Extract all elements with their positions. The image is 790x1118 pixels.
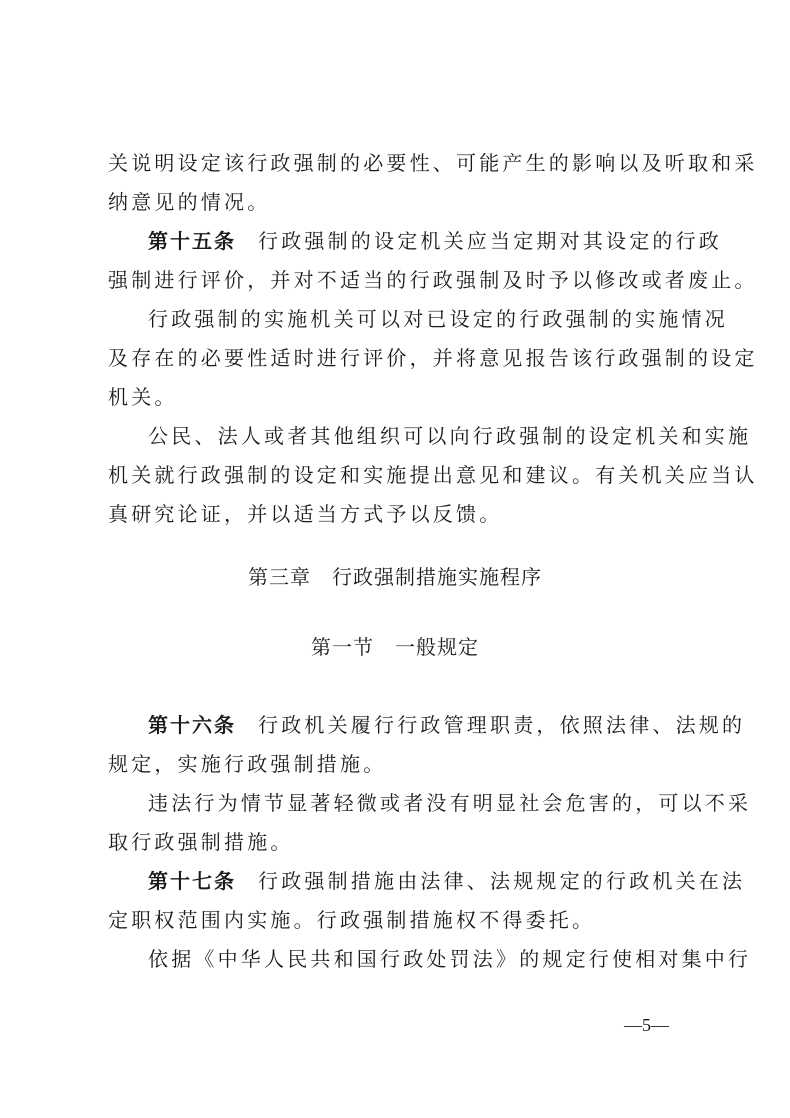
article-16: 第十六条行政机关履行行政管理职责，依照法律、法规的: [148, 712, 708, 738]
text-line: 机关。: [108, 384, 708, 410]
text-line: 机关就行政强制的设定和实施提出意见和建议。有关机关应当认: [108, 462, 708, 488]
text-line: 纳意见的情况。: [108, 189, 708, 215]
text-line: 取行政强制措施。: [108, 829, 708, 855]
chapter-title: 第三章 行政强制措施实施程序: [0, 564, 790, 590]
page-number: —5—: [624, 1015, 669, 1036]
document-page: 关说明设定该行政强制的必要性、可能产生的影响以及听取和采 纳意见的情况。 第十五…: [0, 0, 790, 1118]
text-line: 及存在的必要性适时进行评价，并将意见报告该行政强制的设定: [108, 345, 708, 371]
article-17: 第十七条行政强制措施由法律、法规规定的行政机关在法: [148, 868, 708, 894]
article-label: 第十七条: [148, 869, 236, 893]
text-line: 强制进行评价，并对不适当的行政强制及时予以修改或者废止。: [108, 267, 708, 293]
article-15: 第十五条行政强制的设定机关应当定期对其设定的行政: [148, 228, 708, 254]
article-label: 第十六条: [148, 713, 236, 737]
text-line: 公民、法人或者其他组织可以向行政强制的设定机关和实施: [148, 423, 708, 449]
article-text: 行政强制的设定机关应当定期对其设定的行政: [258, 229, 722, 253]
text-line: 依据《中华人民共和国行政处罚法》的规定行使相对集中行: [148, 946, 708, 972]
text-line: 违法行为情节显著轻微或者没有明显社会危害的，可以不采: [148, 790, 708, 816]
text-line: 真研究论证，并以适当方式予以反馈。: [108, 501, 708, 527]
article-label: 第十五条: [148, 229, 236, 253]
text-line: 关说明设定该行政强制的必要性、可能产生的影响以及听取和采: [108, 150, 708, 176]
text-line: 定职权范围内实施。行政强制措施权不得委托。: [108, 907, 708, 933]
article-text: 行政强制措施由法律、法规规定的行政机关在法: [258, 869, 745, 893]
text-line: 规定，实施行政强制措施。: [108, 751, 708, 777]
section-title: 第一节 一般规定: [0, 634, 790, 660]
article-text: 行政机关履行行政管理职责，依照法律、法规的: [258, 713, 745, 737]
text-line: 行政强制的实施机关可以对已设定的行政强制的实施情况: [148, 306, 708, 332]
